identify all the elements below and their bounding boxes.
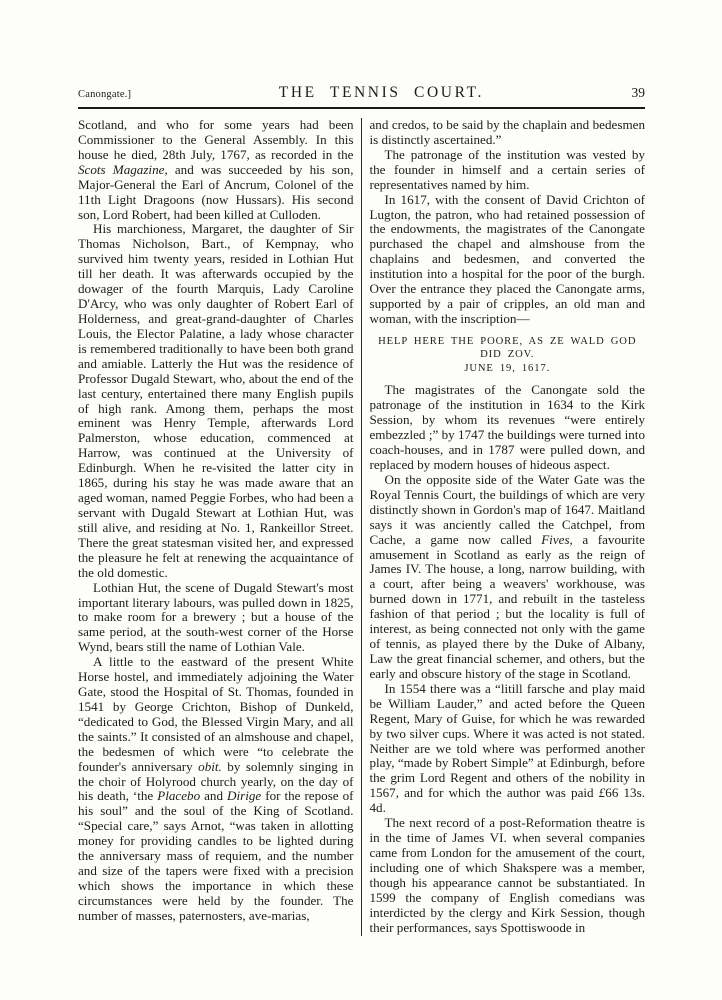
italic-text: obit. (198, 759, 222, 774)
paragraph: In 1554 there was a “litill farsche and … (370, 682, 646, 816)
column-left: Scotland, and who for some years had bee… (78, 118, 361, 936)
text-run: In 1554 there was a “litill farsche and … (370, 681, 646, 800)
italic-text: Placebo (157, 788, 200, 803)
paragraph: and credos, to be said by the chaplain a… (370, 118, 646, 148)
italic-text: Scots Magazine (78, 162, 164, 177)
text-run: JUNE 19, 1617. (464, 363, 550, 374)
paragraph: Scotland, and who for some years had bee… (78, 118, 354, 222)
paragraph: The magistrates of the Canongate sold th… (370, 383, 646, 473)
italic-text: Fives (541, 532, 569, 547)
text-run: In 1617, with the consent of David Crich… (370, 192, 646, 326)
paragraph: His marchioness, Margaret, the daughter … (78, 222, 354, 580)
paragraph: Lothian Hut, the scene of Dugald Stewart… (78, 581, 354, 656)
inscription-line: JUNE 19, 1617. (370, 362, 646, 376)
text-run: A little to the eastward of the present … (78, 654, 354, 773)
paragraph: A little to the eastward of the present … (78, 655, 354, 924)
header-rule (78, 107, 645, 109)
text-run: The next record of a post-Reformation th… (370, 815, 646, 934)
text-run: and (200, 788, 227, 803)
running-title: THE TENNIS COURT. (131, 84, 631, 102)
text-run: , a favourite amusement in Scotland as e… (370, 532, 646, 681)
text-run: The magistrates of the Canongate sold th… (370, 382, 646, 472)
text-run: HELP HERE THE POORE, AS ZE WALD GOD DID … (378, 336, 636, 361)
book-page: Canongate.] THE TENNIS COURT. 39 Scotlan… (0, 0, 722, 1000)
text-run: for the repose of his soul” and the soul… (78, 788, 354, 922)
text-run: The patronage of the institution was ves… (370, 147, 646, 192)
italic-text: Dirige (227, 788, 261, 803)
page-number: 39 (632, 85, 646, 101)
text-columns: Scotland, and who for some years had bee… (78, 118, 645, 936)
text-run: Lothian Hut, the scene of Dugald Stewart… (78, 580, 354, 655)
text-run: His marchioness, Margaret, the daughter … (78, 221, 354, 579)
text-run: Scotland, and who for some years had bee… (78, 117, 354, 162)
paragraph: The patronage of the institution was ves… (370, 148, 646, 193)
page-header: Canongate.] THE TENNIS COURT. 39 (78, 84, 645, 102)
paragraph: In 1617, with the consent of David Crich… (370, 193, 646, 327)
section-label: Canongate.] (78, 89, 131, 100)
paragraph: The next record of a post-Reformation th… (370, 816, 646, 935)
paragraph: On the opposite side of the Water Gate w… (370, 473, 646, 682)
text-run: and credos, to be said by the chaplain a… (370, 117, 646, 147)
column-right: and credos, to be said by the chaplain a… (361, 118, 646, 936)
inscription-line: HELP HERE THE POORE, AS ZE WALD GOD DID … (370, 335, 646, 362)
